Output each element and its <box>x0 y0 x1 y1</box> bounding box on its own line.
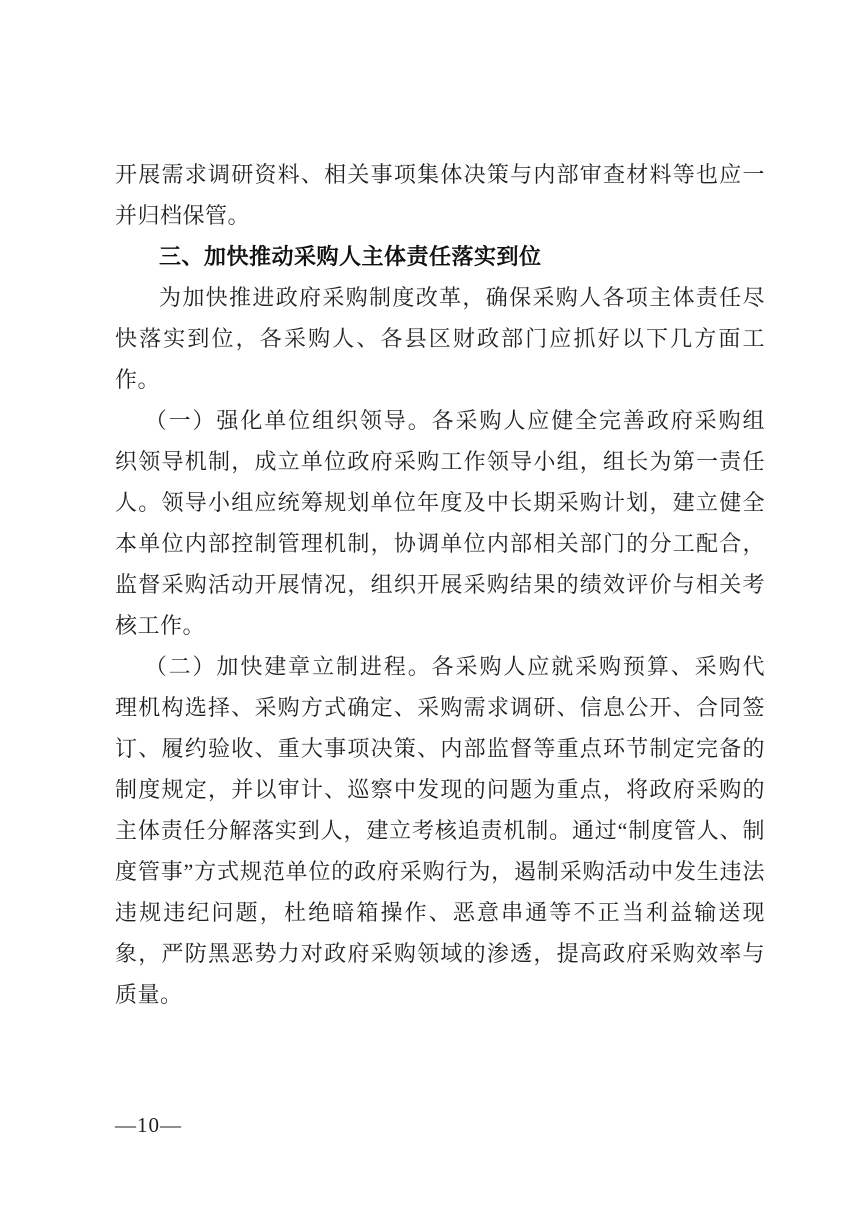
text-line: 快落实到位，各采购人、各县区财政部门应抓好以下几方面工 <box>115 318 765 359</box>
document-page: 开展需求调研资料、相关事项集体决策与内部审查材料等也应一并归档保管。三、加快推动… <box>0 0 868 1228</box>
text-line: 三、加快推动采购人主体责任落实到位 <box>115 236 765 277</box>
text-line: 违规违纪问题，杜绝暗箱操作、恶意串通等不正当利益输送现 <box>115 892 765 933</box>
section-heading: 三、加快推动采购人主体责任落实到位 <box>115 236 765 277</box>
text-line: （二）加快建章立制进程。各采购人应就采购预算、采购代 <box>115 646 765 687</box>
text-line: 并归档保管。 <box>115 195 765 236</box>
text-line: 作。 <box>115 359 765 400</box>
text-line: 象，严防黑恶势力对政府采购领域的渗透，提高政府采购效率与 <box>115 933 765 974</box>
text-line: 监督采购活动开展情况，组织开展采购结果的绩效评价与相关考 <box>115 564 765 605</box>
text-line: 主体责任分解落实到人，建立考核追责机制。通过“制度管人、制 <box>115 810 765 851</box>
text-line: 开展需求调研资料、相关事项集体决策与内部审查材料等也应一 <box>115 154 765 195</box>
text-line: 订、履约验收、重大事项决策、内部监督等重点环节制定完备的 <box>115 728 765 769</box>
paragraph: 开展需求调研资料、相关事项集体决策与内部审查材料等也应一并归档保管。 <box>115 154 765 236</box>
text-line: 核工作。 <box>115 605 765 646</box>
text-line: 质量。 <box>115 974 765 1015</box>
paragraph: 为加快推进政府采购制度改革，确保采购人各项主体责任尽快落实到位，各采购人、各县区… <box>115 277 765 400</box>
text-line: 度管事”方式规范单位的政府采购行为，遏制采购活动中发生违法 <box>115 851 765 892</box>
page-number: —10— <box>115 1113 182 1137</box>
text-line: 理机构选择、采购方式确定、采购需求调研、信息公开、合同签 <box>115 687 765 728</box>
text-line: 为加快推进政府采购制度改革，确保采购人各项主体责任尽 <box>115 277 765 318</box>
text-line: 人。领导小组应统筹规划单位年度及中长期采购计划，建立健全 <box>115 482 765 523</box>
text-line: 本单位内部控制管理机制，协调单位内部相关部门的分工配合， <box>115 523 765 564</box>
text-line: 织领导机制，成立单位政府采购工作领导小组，组长为第一责任 <box>115 441 765 482</box>
text-line: 制度规定，并以审计、巡察中发现的问题为重点，将政府采购的 <box>115 769 765 810</box>
paragraph: （二）加快建章立制进程。各采购人应就采购预算、采购代理机构选择、采购方式确定、采… <box>115 646 765 1015</box>
document-body: 开展需求调研资料、相关事项集体决策与内部审查材料等也应一并归档保管。三、加快推动… <box>115 154 765 1015</box>
page-footer: —10— <box>115 1110 182 1140</box>
paragraph: （一）强化单位组织领导。各采购人应健全完善政府采购组织领导机制，成立单位政府采购… <box>115 400 765 646</box>
text-line: （一）强化单位组织领导。各采购人应健全完善政府采购组 <box>115 400 765 441</box>
